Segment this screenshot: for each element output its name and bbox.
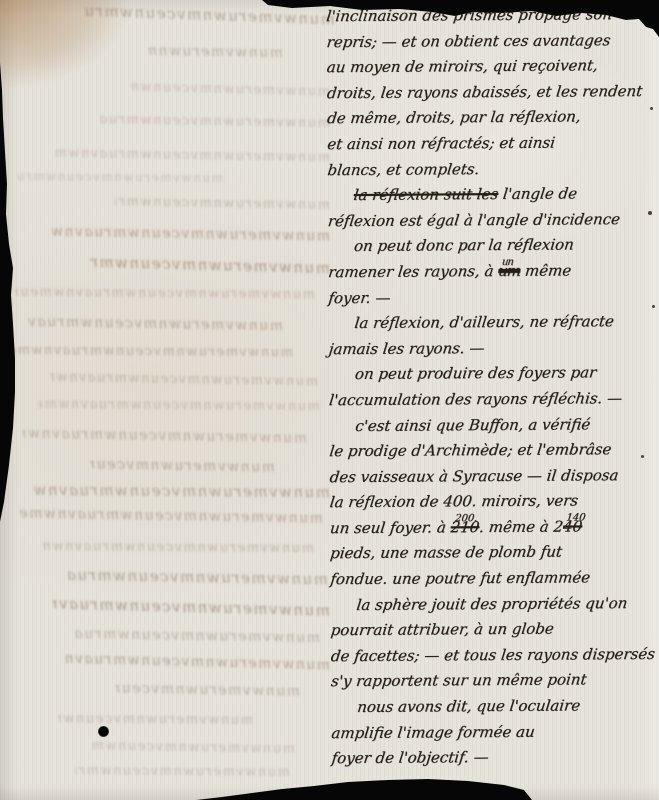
bleed-line: munwvmeruwnmvceunwmruavnwmeunvwmcuwnvmre… [50,370,318,395]
text-segment: de même, droits, par la réflexion, [326,108,582,128]
manuscript-line: l'accumulation des rayons réfléchis. — [328,389,659,409]
manuscript-line: de même, droits, par la réflexion, [326,107,659,127]
text-segment: jamais les rayons. — [328,339,486,358]
bleed-line: munwvmeruwnmvceunwmruavnwmeunvwmcuwnvmre… [130,79,330,104]
bleed-line: munwvmeruwnmvceunwmruavnwmeunvwmcuwnvmre… [58,711,253,733]
bleed-line: munwvmeruwnmvceunwmruavnwmeunvwmcuwnvmre… [32,481,330,504]
bleed-line: munwvmeruwnmvceunwmruavnwmeunvwmcuwnvmre… [90,456,275,479]
manuscript-line: repris; — et on obtient ces avantages [326,30,659,50]
superscript-correction: 200. [454,509,478,527]
bleed-line: munwvmeruwnmvceunwmruavnwmeunvwmcuwnvmre… [115,194,330,218]
superscript-correction: 140 [565,509,586,527]
text-segment: pourrait attribuer, à un globe [330,620,555,640]
bleed-line: munwvmeruwnmvceunwmruavnwmeunvwmcuwnvmre… [90,253,330,279]
manuscript-line: amplifie l'image formée au [330,721,659,741]
bleed-line: munwvmeruwnmvceunwmruavnwmeunvwmcuwnvmre… [115,680,300,703]
superscript-correction: un [501,253,514,271]
text-segment: l'angle de [497,185,578,204]
bleed-line: munwvmeruwnmvceunwmruavnwmeunvwmcuwnvmre… [72,626,320,650]
manuscript-line: droits, les rayons abaissés, et les rend… [326,82,659,102]
bleed-line: munwvmeruwnmvceunwmruavnwmeunvwmcuwnvmre… [75,763,290,785]
text-segment: et ainsi non réfractés; et ainsi [326,134,556,154]
ink-speck [641,455,644,458]
manuscript-line: le prodige d'Archimède; et l'embrâse [328,440,659,460]
punch-hole [98,726,109,737]
text-segment: au moyen de miroirs, qui reçoivent, [326,56,599,76]
text-segment: ramener les rayons, à [327,262,499,281]
text-segment: on peut donc par la réflexion [353,236,575,256]
manuscript-line: réflexion est égal à l'angle d'incidence [327,210,659,230]
bleed-line: munwvmeruwnmvceunwmruavnwmeunvwmcuwnvmre… [18,505,323,530]
bleed-line: munwvmeruwnmvceunwmruavnwmeunvwmcuwnvmre… [38,397,320,419]
manuscript-line: des vaisseaux à Syracuse — il disposa [329,466,659,486]
text-segment: la réflexion de 400. miroirs, vers [329,492,579,512]
ink-speck [650,107,653,110]
text-segment: droits, les rayons abaissés, et les rend… [326,82,643,102]
manuscript-line: on peut donc par la réflexion [327,235,659,255]
bleed-line: munwvmeruwnmvceunwmruavnwmeunvwmcuwnvmre… [100,112,330,136]
manuscript-line: ramener les rayons, à umun même [327,261,659,281]
bleed-line: munwvmeruwnmvceunwmruavnwmeunvwmcuwnvmre… [42,539,314,561]
text-segment: même [519,261,572,279]
text-segment: le prodige d'Archimède; et l'embrâse [328,440,612,460]
bleed-line: munwvmeruwnmvceunwmruavnwmeunvwmcuwnvmre… [85,2,336,31]
text-segment: blancs, et complets. [327,160,481,179]
manuscript-line: de facettes; — et tous les rayons disper… [330,645,659,665]
text-segment: . même à 2 [478,517,564,536]
manuscript-line: la sphère jouit des propriétés qu'on [330,593,659,613]
bleed-line: munwvmeruwnmvceunwmruavnwmeunvwmcuwnvmre… [52,594,330,621]
bleed-line: munwvmeruwnmvceunwmruavnwmeunvwmcuwnvmre… [148,43,283,65]
text-segment-scribble: umun [497,262,521,280]
bleed-line: munwvmeruwnmvceunwmruavnwmeunvwmcuwnvmre… [90,738,295,762]
bleed-line: munwvmeruwnmvceunwmruavnwmeunvwmcuwnvmre… [55,146,330,171]
paper-sheet: munwvmeruwnmvceunwmruavnwmeunvwmcuwnvmre… [0,0,659,800]
manuscript-line: un seul foyer. à 210200.. même à 240140 [329,517,659,537]
manuscript-line: c'est ainsi que Buffon, a vérifié [328,414,659,434]
text-segment: nous avons dit, que l'oculaire [356,696,581,716]
bleed-line: munwvmeruwnmvceunwmruavnwmeunvwmcuwnvmre… [66,566,328,591]
text-segment: fondue. une poutre fut enflammée [329,568,591,588]
text-segment: amplifie l'image formée au [330,722,535,741]
bleed-line: munwvmeruwnmvceunwmruavnwmeunvwmcuwnvmre… [22,426,307,451]
text-segment: la réflexion, d'ailleurs, ne réfracte [354,312,615,332]
text-segment: des vaisseaux à Syracuse — il disposa [329,466,620,486]
text-segment: la sphère jouit des propriétés qu'on [356,594,629,614]
manuscript-line: pieds, une masse de plomb fut [329,542,659,562]
text-segment-strike: 210200. [450,518,481,536]
text-segment: c'est ainsi que Buffon, a vérifié [354,415,591,435]
text-segment: de facettes; — et tous les rayons disper… [330,645,656,665]
manuscript-line: nous avons dit, que l'oculaire [330,696,659,716]
manuscript-line: l'inclinaison des prismes propage son [325,5,658,25]
manuscript-text: l'inclinaison des prismes propage sonrep… [325,5,659,775]
text-segment: repris; — et on obtient ces avantages [326,31,612,51]
manuscript-line: pourrait attribuer, à un globe [330,619,659,639]
manuscript-line: au moyen de miroirs, qui reçoivent, [326,56,659,76]
text-segment: l'accumulation des rayons réfléchis. — [328,389,623,409]
manuscript-line: et ainsi non réfractés; et ainsi [326,133,659,153]
photograph-of-manuscript: munwvmeruwnmvceunwmruavnwmeunvwmcuwnvmre… [0,0,659,800]
manuscript-line: foyer de l'objectif. — [331,747,659,767]
text-segment: foyer. — [327,288,391,306]
ink-speck [648,211,652,215]
text-segment-strike: la réflexion suit les [353,185,500,204]
text-segment: s'y rapportent sur un même point [330,671,588,691]
text-segment: foyer de l'objectif. — [331,748,490,767]
bleed-line: munwvmeruwnmvceunwmruavnwmeunvwmcuwnvmre… [18,169,223,191]
manuscript-line: jamais les rayons. — [328,338,659,358]
text-segment: un seul foyer. à [329,518,452,537]
manuscript-line: on peut produire des foyers par [328,363,659,383]
text-segment: on peut produire des foyers par [354,364,597,384]
bleed-line: munwvmeruwnmvceunwmruavnwmeunvwmcuwnvmre… [8,343,293,365]
manuscript-line: la réflexion suit les l'angle de [327,184,659,204]
manuscript-line: s'y rapportent sur un même point [330,670,659,690]
bleed-line: munwvmeruwnmvceunwmruavnwmeunvwmcuwnvmre… [52,224,330,249]
text-segment: pieds, une masse de plomb fut [329,543,563,563]
manuscript-line: la réflexion, d'ailleurs, ne réfracte [328,312,659,332]
bleed-line: munwvmeruwnmvceunwmruavnwmeunvwmcuwnvmre… [15,285,315,308]
bleed-line: munwvmeruwnmvceunwmruavnwmeunvwmcuwnvmre… [62,650,330,677]
text-segment: réflexion est égal à l'angle d'incidence [327,210,621,230]
manuscript-line: foyer. — [327,286,659,306]
manuscript-line: fondue. une poutre fut enflammée [329,568,659,588]
bleed-line: munwvmeruwnmvceunwmruavnwmeunvwmcuwnvmre… [28,314,283,338]
text-segment: l'inclinaison des prismes propage son [325,5,613,25]
ink-speck [652,305,655,308]
text-segment-strike: 40140 [562,517,583,535]
manuscript-line: blancs, et complets. [327,158,659,178]
manuscript-line: la réflexion de 400. miroirs, vers [329,491,659,511]
